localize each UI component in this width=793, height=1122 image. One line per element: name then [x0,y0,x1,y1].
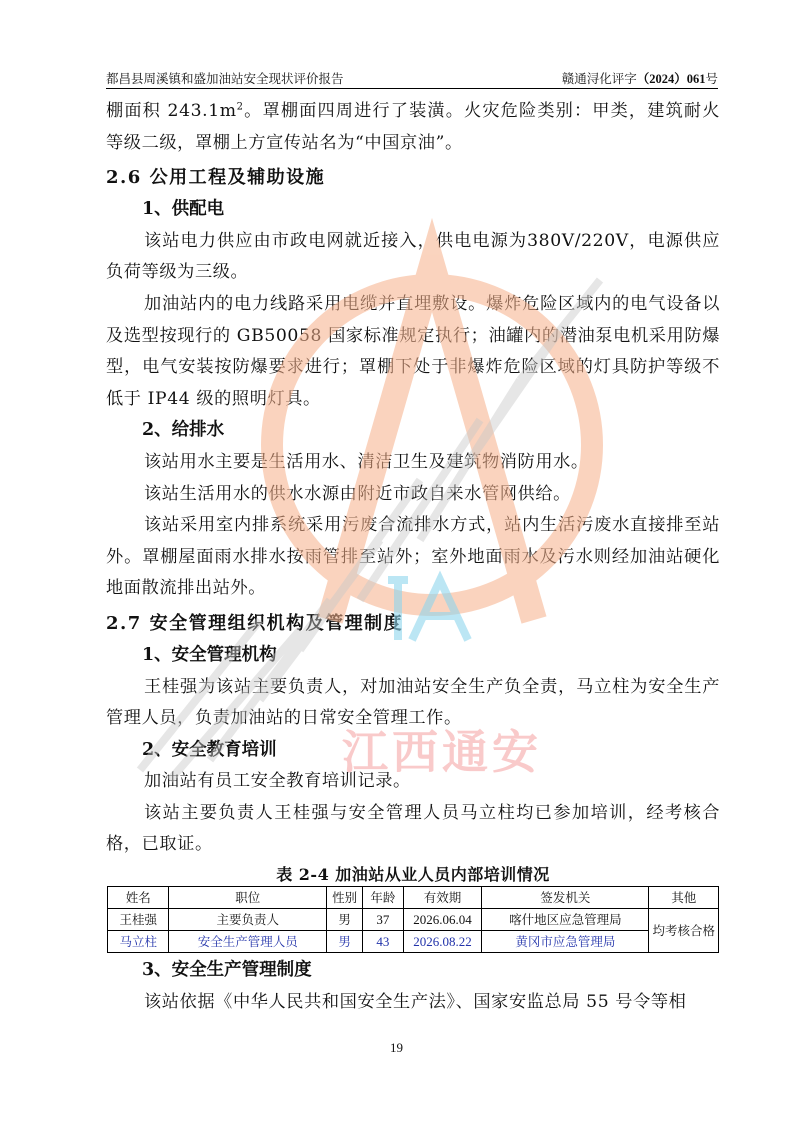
paragraph-water-supply: 该站生活用水的供水水源由附近市政自来水管网供给。 [106,479,720,511]
cell-validity: 2026.08.22 [403,931,482,953]
subheading-safety-org: 1、安全管理机构 [106,640,720,672]
cell-other-merged: 均考核合格 [649,909,719,953]
paragraph-responsible-persons: 王桂强为该站主要负责人，对加油站安全生产负全责，马立柱为安全生产管理人员，负责加… [106,672,720,735]
cell-issuer: 黄冈市应急管理局 [482,931,649,953]
page-number: 19 [0,1040,793,1056]
header-report-number: 赣通浔化评字（2024）061号 [562,70,718,88]
cell-gender: 男 [327,909,363,931]
body-content: 棚面积 243.1m2。罩棚面四周进行了装潢。火灾危险类别：甲类，建筑耐火等级二… [106,96,720,1018]
table-row: 马立柱 安全生产管理人员 男 43 2026.08.22 黄冈市应急管理局 [108,931,719,953]
col-header-other: 其他 [649,887,719,909]
training-table: 姓名 职位 性别 年龄 有效期 签发机关 其他 王桂强 主要负责人 男 37 2… [107,886,719,953]
paragraph-power-source: 该站电力供应由市政电网就近接入，供电电源为380V/220V，电源供应负荷等级为… [106,226,720,289]
header-report-title: 都昌县周溪镇和盛加油站安全现状评价报告 [106,70,344,88]
col-header-gender: 性别 [327,887,363,909]
paragraph-power-lines: 加油站内的电力线路采用电缆并直埋敷设。爆炸危险区域内的电气设备以及选型按现行的 … [106,289,720,415]
col-header-name: 姓名 [108,887,169,909]
cell-position: 主要负责人 [169,909,327,931]
paragraph-training-records: 加油站有员工安全教育培训记录。 [106,766,720,798]
col-header-validity: 有效期 [403,887,482,909]
cell-name: 王桂强 [108,909,169,931]
page-header: 都昌县周溪镇和盛加油站安全现状评价报告 赣通浔化评字（2024）061号 [106,66,718,89]
table-header-row: 姓名 职位 性别 年龄 有效期 签发机关 其他 [108,887,719,909]
subheading-training: 2、安全教育培训 [106,735,720,767]
cell-position: 安全生产管理人员 [169,931,327,953]
section-heading-2-6: 2.6 公用工程及辅助设施 [106,161,720,194]
document-page: 都昌县周溪镇和盛加油站安全现状评价报告 赣通浔化评字（2024）061号 棚面积… [0,0,793,1122]
cell-issuer: 喀什地区应急管理局 [482,909,649,931]
paragraph-training-passed: 该站主要负责人王桂强与安全管理人员马立柱均已参加培训，经考核合格，已取证。 [106,798,720,861]
cell-gender: 男 [327,931,363,953]
col-header-position: 职位 [169,887,327,909]
paragraph-drainage: 该站采用室内排系统采用污废合流排水方式，站内生活污废水直接排至站外。罩棚屋面雨水… [106,510,720,605]
subheading-management-system: 3、安全生产管理制度 [106,955,720,987]
subheading-water: 2、给排水 [106,415,720,447]
subheading-power-supply: 1、供配电 [106,194,720,226]
cell-name: 马立柱 [108,931,169,953]
paragraph-water-use: 该站用水主要是生活用水、清洁卫生及建筑物消防用水。 [106,447,720,479]
col-header-issuer: 签发机关 [482,887,649,909]
table-caption: 表 2-4 加油站从业人员内部培训情况 [106,864,720,886]
cell-age: 43 [363,931,404,953]
paragraph-canopy: 棚面积 243.1m2。罩棚面四周进行了装潢。火灾危险类别：甲类，建筑耐火等级二… [106,96,720,159]
col-header-age: 年龄 [363,887,404,909]
table-row: 王桂强 主要负责人 男 37 2026.06.04 喀什地区应急管理局 均考核合… [108,909,719,931]
section-heading-2-7: 2.7 安全管理组织机构及管理制度 [106,607,720,640]
cell-validity: 2026.06.04 [403,909,482,931]
paragraph-legal-basis: 该站依据《中华人民共和国安全生产法》、国家安监总局 55 号令等相 [106,987,720,1019]
cell-age: 37 [363,909,404,931]
